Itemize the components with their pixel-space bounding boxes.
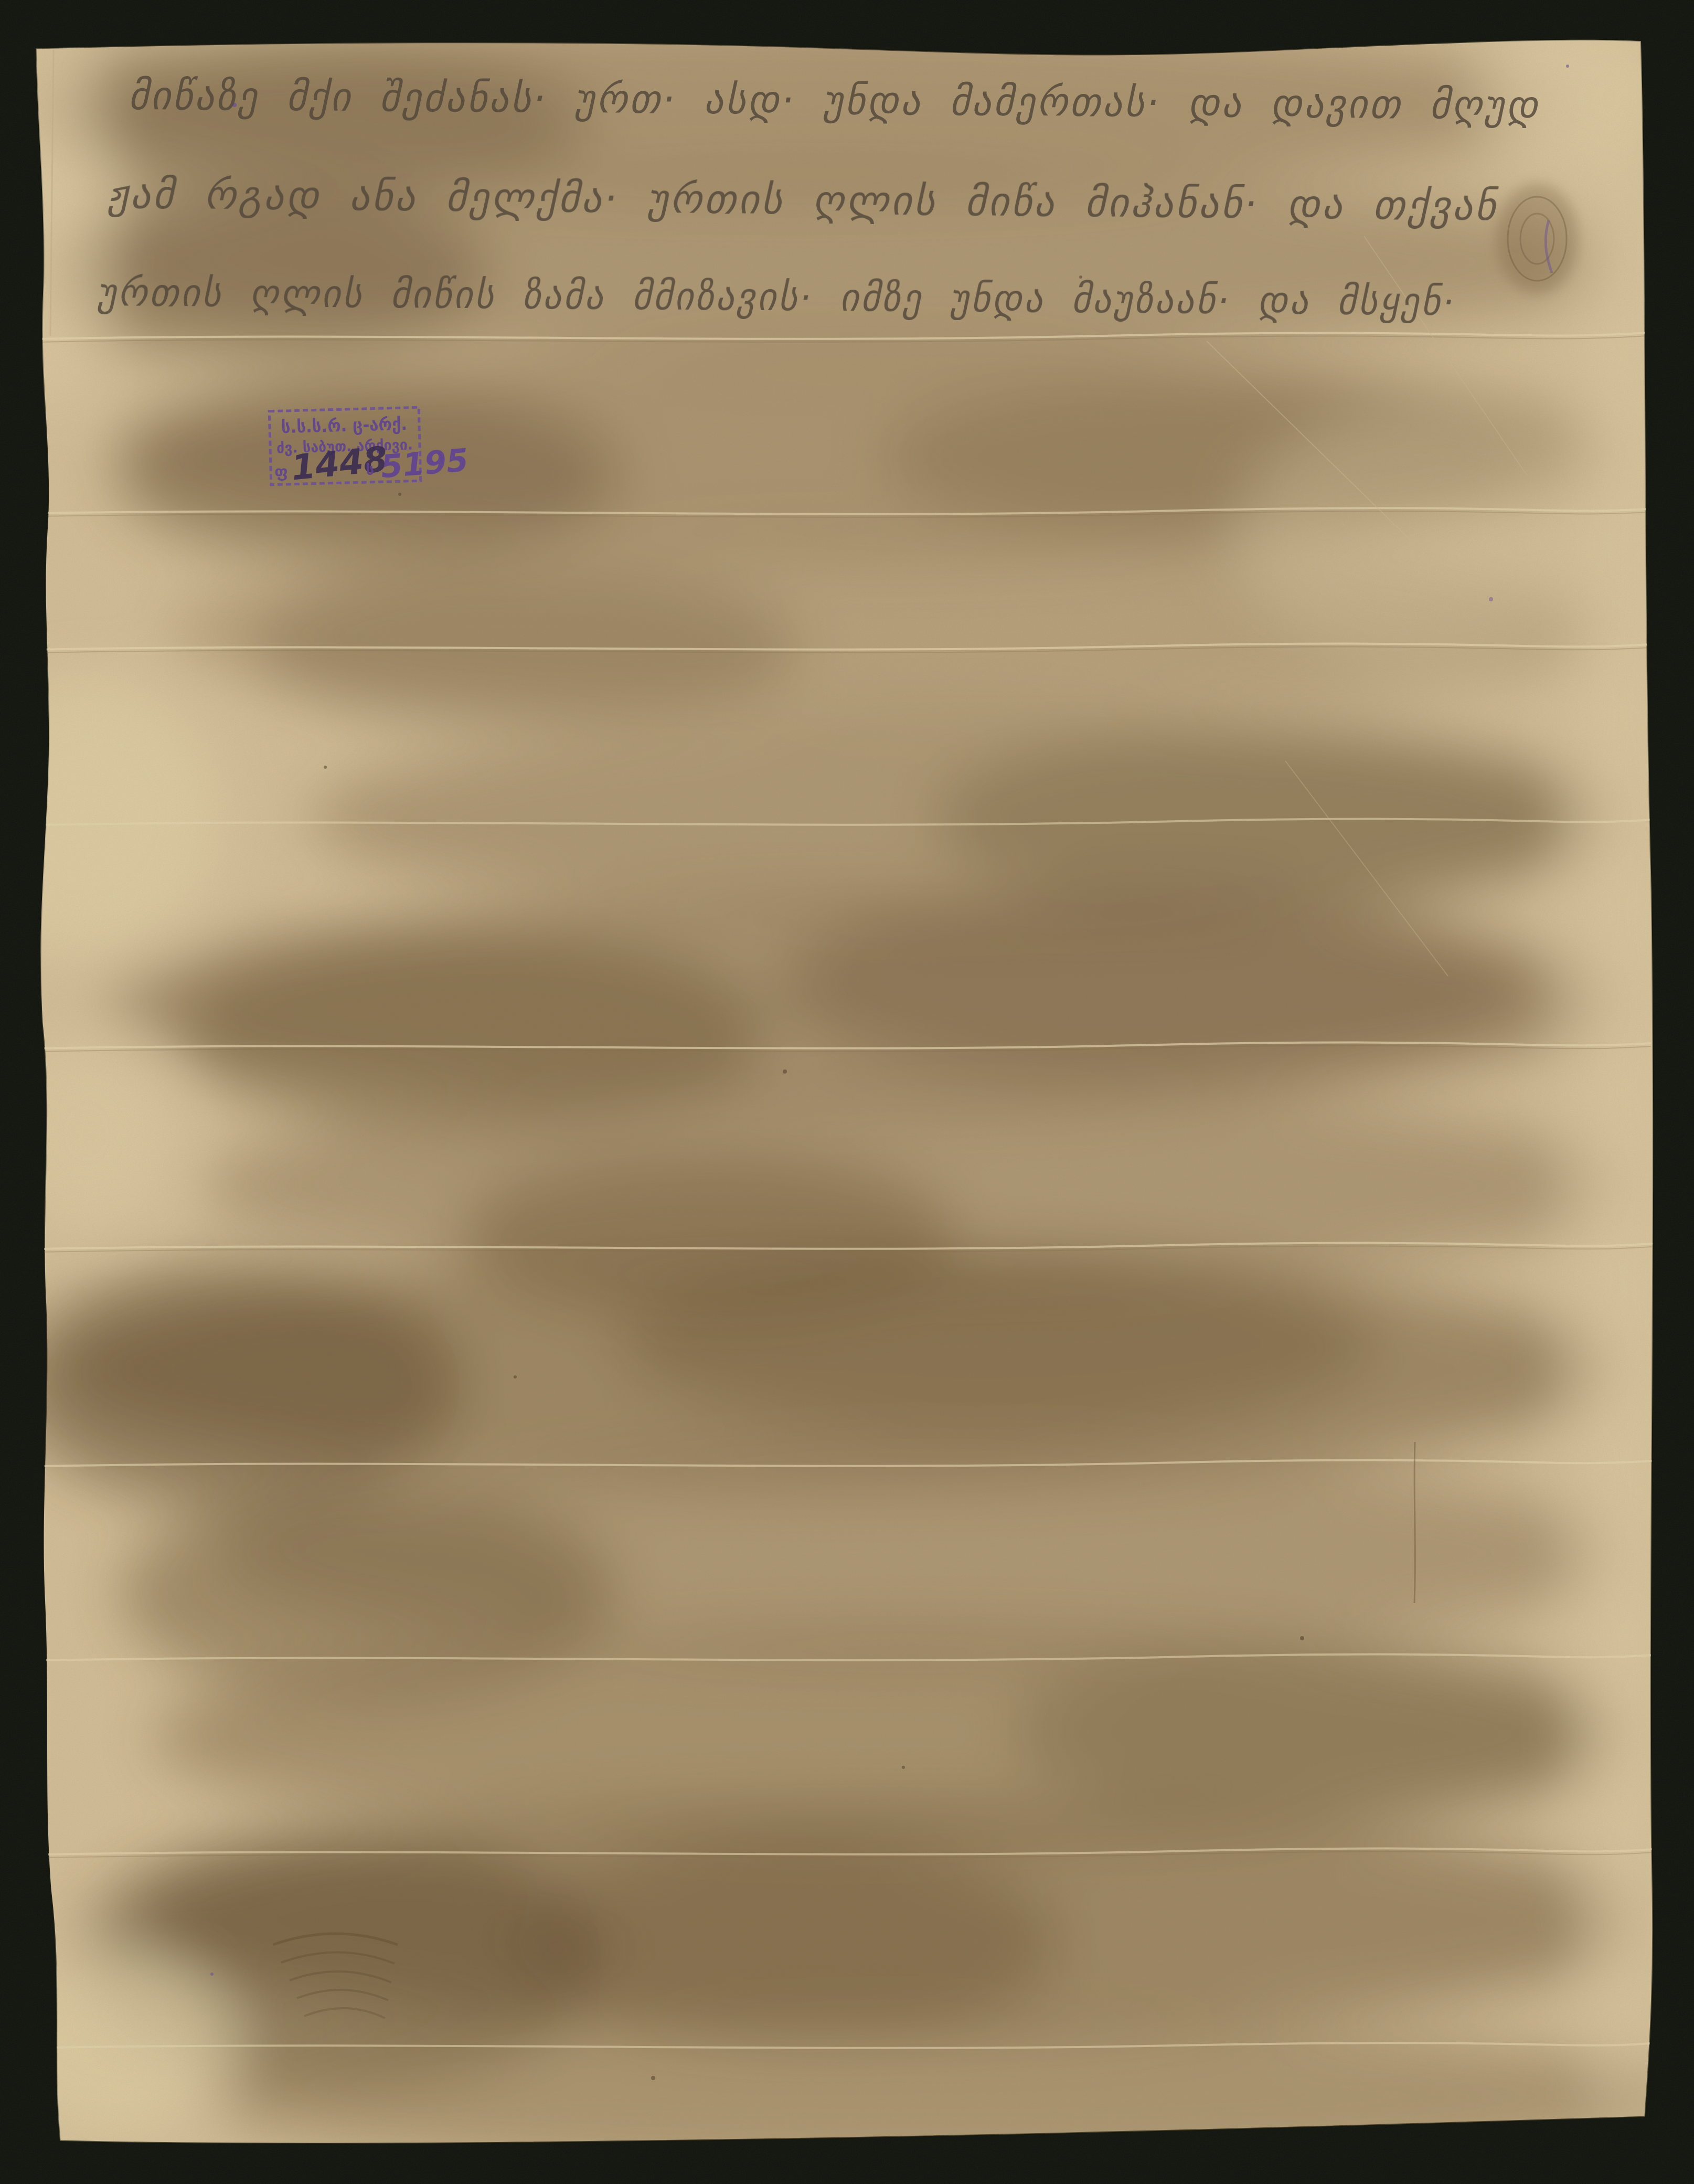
paper-grain bbox=[0, 0, 1694, 2184]
manuscript-scan: მიწაზე მქი შეძანას· ურთ· ასდ· უნდა მამერ… bbox=[0, 0, 1694, 2184]
scan-canvas: მიწაზე მქი შეძანას· ურთ· ასდ· უნდა მამერ… bbox=[0, 0, 1694, 2184]
